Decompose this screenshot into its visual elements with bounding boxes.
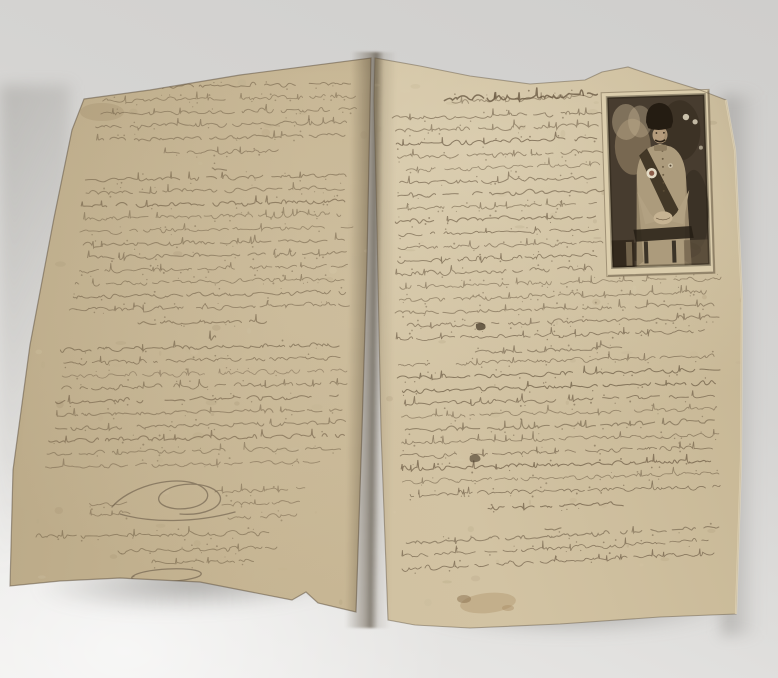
shadow-right-edge (722, 95, 766, 635)
chair (612, 240, 635, 268)
shadow-left-bottom (0, 545, 391, 629)
right-page (0, 0, 778, 678)
face (652, 126, 668, 143)
kalpak-hat (645, 103, 673, 131)
shadow-right-bottom (375, 580, 765, 652)
left-page-edge (10, 58, 371, 612)
portrait-photo (601, 89, 715, 276)
ink-blot (470, 454, 481, 462)
signature-flourish (112, 481, 235, 521)
right-page-highlight-edge (726, 100, 742, 614)
right-page-edge (374, 58, 742, 628)
chest-medal (668, 163, 673, 168)
mustache (655, 140, 665, 142)
paper-stain (457, 590, 517, 616)
round-badge (646, 168, 657, 179)
underline-flourish (132, 569, 202, 582)
document-photo-scene (0, 0, 778, 678)
left-page (0, 0, 778, 678)
light-spots (683, 114, 690, 121)
foliage-background (659, 100, 701, 161)
clasped-hands (653, 211, 672, 225)
ink-blot (476, 323, 486, 331)
page-fold-shadow (345, 52, 397, 628)
handwriting-right-page (371, 66, 745, 616)
uniform-tunic (633, 143, 692, 267)
handwriting-left-page (27, 57, 371, 605)
shoulder-sash (639, 147, 680, 220)
page-title-handwriting (444, 88, 597, 104)
shadow-left-edge (0, 85, 70, 605)
ink-and-photo-overlay (0, 0, 778, 678)
